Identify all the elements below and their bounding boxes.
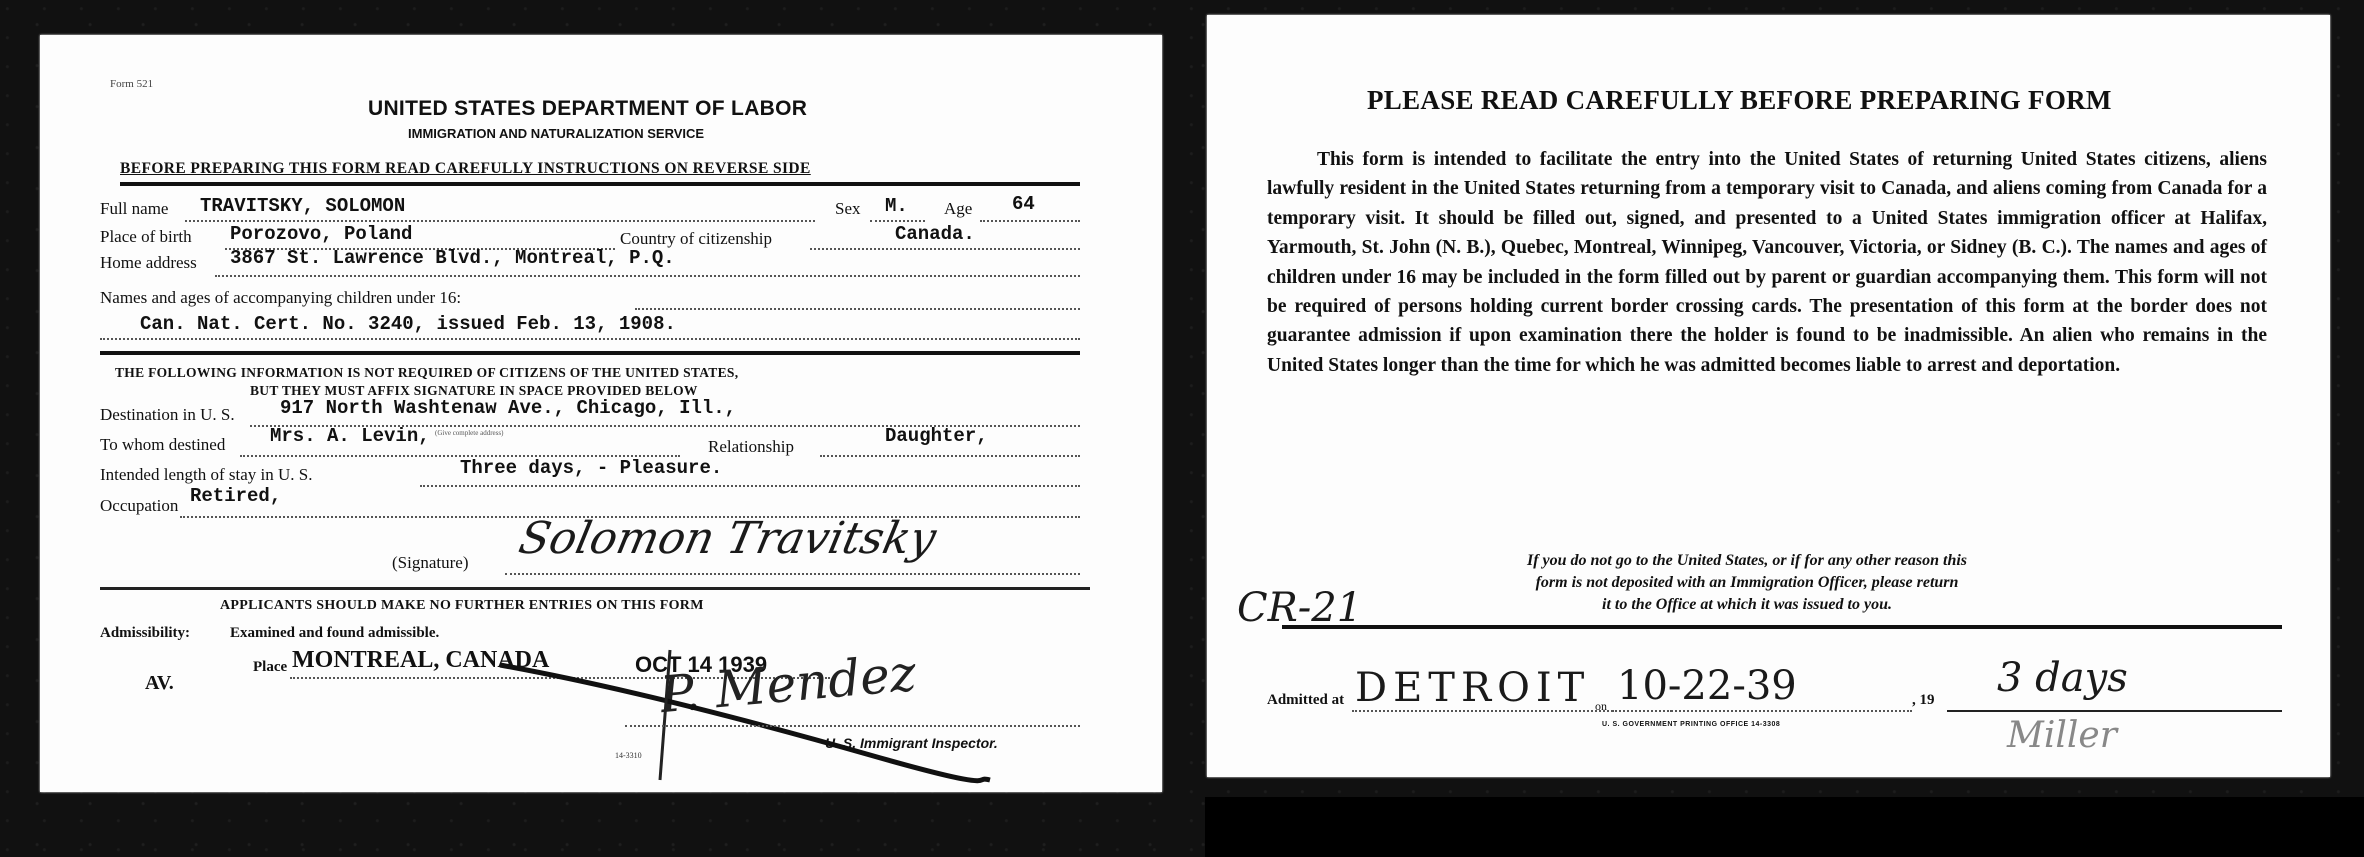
stay-length-label: Intended length of stay in U. S. [100, 465, 312, 485]
divider [100, 587, 1090, 590]
sex-line [870, 220, 925, 222]
instructions-title: PLEASE READ CAREFULLY BEFORE PREPARING F… [1367, 85, 2112, 116]
admitted-date: 10-22-39 [1617, 663, 1797, 709]
place-label: Place [253, 659, 287, 676]
no-further-entries-notice: APPLICANTS SHOULD MAKE NO FURTHER ENTRIE… [220, 598, 704, 614]
destination-value: 917 North Washtenaw Ave., Chicago, Ill., [280, 397, 736, 419]
divider [1282, 625, 2282, 629]
sex-label: Sex [835, 199, 861, 219]
return-note: If you do not go to the United States, o… [1357, 550, 2137, 616]
citizenship-label: Country of citizenship [620, 229, 772, 249]
full-name-label: Full name [100, 199, 168, 219]
relationship-value: Daughter, [885, 425, 988, 447]
age-value: 64 [1012, 193, 1035, 215]
children-line-1 [635, 308, 1080, 310]
non-citizen-notice-1: THE FOLLOWING INFORMATION IS NOT REQUIRE… [115, 365, 738, 381]
children-line-2 [100, 338, 1080, 340]
full-name-line [185, 220, 815, 222]
relationship-label: Relationship [708, 437, 794, 457]
officer-initial: Miller [2007, 715, 2117, 756]
citizenship-value: Canada. [895, 223, 975, 245]
return-note-line-1: If you do not go to the United States, o… [1357, 550, 2137, 572]
destined-to-hint: (Give complete address) [435, 429, 503, 437]
stay-length-value: Three days, - Pleasure. [460, 457, 722, 479]
admitted-place: DETROIT [1355, 665, 1590, 711]
entry-form-front: Form 521 UNITED STATES DEPARTMENT OF LAB… [40, 35, 1162, 792]
occupation-value: Retired, [190, 485, 281, 507]
admitted-duration: 3 days [1997, 655, 2128, 701]
inspector-line [625, 725, 1080, 727]
home-address-label: Home address [100, 253, 197, 273]
inspector-title: U. S. Immigrant Inspector. [825, 735, 998, 751]
instructions-paragraph: This form is intended to facilitate the … [1267, 145, 2267, 380]
entry-form-back: PLEASE READ CAREFULLY BEFORE PREPARING F… [1207, 15, 2330, 777]
admitted-year-line [1947, 710, 2282, 712]
destination-label: Destination in U. S. [100, 405, 235, 425]
instruction-banner: BEFORE PREPARING THIS FORM READ CAREFULL… [120, 160, 811, 178]
destined-to-label: To whom destined [100, 435, 225, 455]
home-address-value: 3867 St. Lawrence Blvd., Montreal, P.Q. [230, 247, 675, 269]
relationship-line [820, 455, 1080, 457]
signature-line [505, 573, 1080, 575]
signature-label: (Signature) [392, 553, 468, 573]
department-heading: UNITED STATES DEPARTMENT OF LABOR [368, 97, 807, 121]
admitted-on-label: on [1595, 699, 1607, 714]
sex-value: M. [885, 195, 908, 217]
admitted-date-line [1612, 710, 1912, 712]
age-line [980, 220, 1080, 222]
return-note-line-3: it to the Office at which it was issued … [1357, 594, 2137, 616]
signature-stroke [490, 645, 1010, 785]
children-value: Can. Nat. Cert. No. 3240, issued Feb. 13… [140, 313, 676, 335]
birthplace-label: Place of birth [100, 227, 192, 247]
printer-line: U. S. GOVERNMENT PRINTING OFFICE 14-3308 [1602, 721, 1780, 728]
instructions-text: This form is intended to facilitate the … [1267, 145, 2267, 380]
service-subheading: IMMIGRATION AND NATURALIZATION SERVICE [408, 126, 704, 141]
admitted-year-prefix: , 19 [1912, 692, 1935, 709]
birthplace-value: Porozovo, Poland [230, 223, 412, 245]
full-name-value: TRAVITSKY, SOLOMON [200, 195, 405, 217]
divider [120, 182, 1080, 186]
divider [100, 351, 1080, 355]
admissibility-label: Admissibility: [100, 625, 190, 642]
scan-border-block [1205, 797, 2364, 857]
children-label: Names and ages of accompanying children … [100, 288, 461, 308]
admitted-label: Admitted at [1267, 692, 1344, 709]
occupation-label: Occupation [100, 496, 178, 516]
stamp-initials: AV. [145, 672, 174, 695]
destined-to-value: Mrs. A. Levin, [270, 425, 430, 447]
home-address-line [215, 275, 1080, 277]
citizenship-line [810, 248, 1080, 250]
applicant-signature: Solomon Travitsky [515, 513, 941, 564]
age-label: Age [944, 199, 972, 219]
return-note-line-2: form is not deposited with an Immigratio… [1357, 572, 2137, 594]
stay-length-line [420, 485, 1080, 487]
form-number: Form 521 [110, 78, 153, 90]
admissibility-value: Examined and found admissible. [230, 625, 439, 642]
print-code: 14-3310 [615, 751, 642, 760]
